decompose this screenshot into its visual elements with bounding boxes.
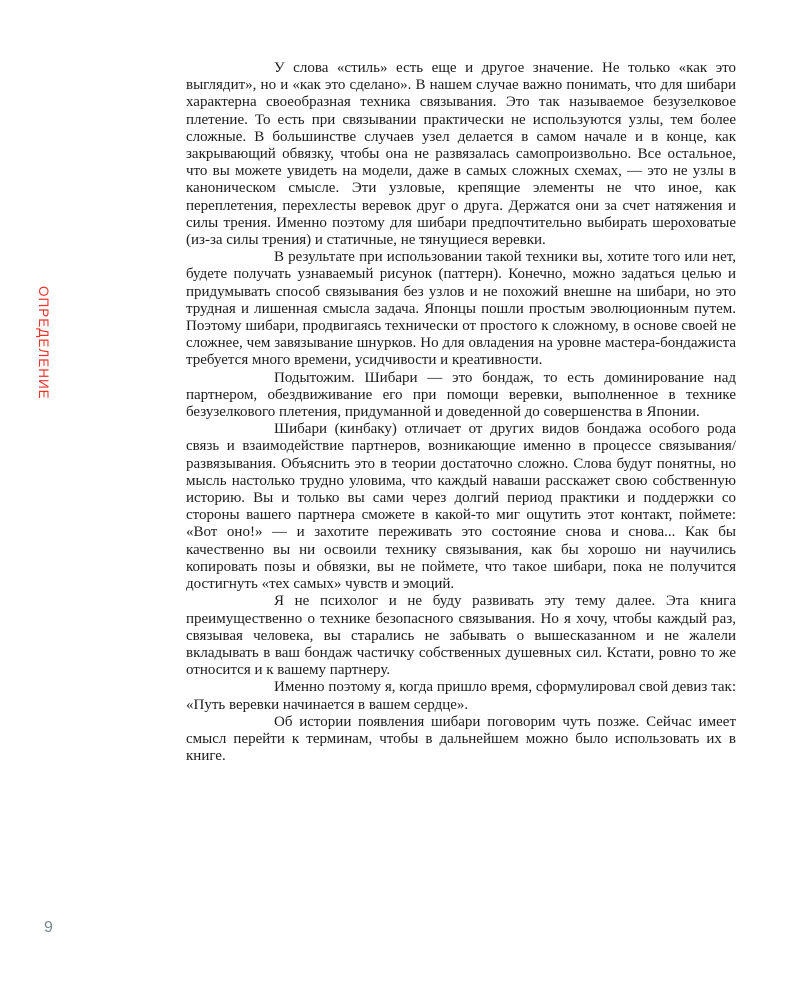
paragraph: Подытожим. Шибари — это бондаж, то есть … — [186, 370, 736, 422]
paragraph: Я не психолог и не буду развивать эту те… — [186, 593, 736, 679]
chapter-sidebar-label: ОПРЕДЕЛЕНИЕ — [36, 286, 51, 400]
paragraph: Шибари (кинбаку) отличает от других видо… — [186, 421, 736, 593]
paragraph: У слова «стиль» есть еще и другое значен… — [186, 60, 736, 249]
book-page: ОПРЕДЕЛЕНИЕ У слова «стиль» есть еще и д… — [0, 0, 800, 1000]
paragraph: Именно поэтому я, когда пришло время, сф… — [186, 679, 736, 713]
paragraph: В результате при использовании такой тех… — [186, 249, 736, 369]
body-text-column: У слова «стиль» есть еще и другое значен… — [186, 60, 736, 765]
page-number: 9 — [44, 919, 53, 937]
paragraph: Об истории появления шибари поговорим чу… — [186, 714, 736, 766]
